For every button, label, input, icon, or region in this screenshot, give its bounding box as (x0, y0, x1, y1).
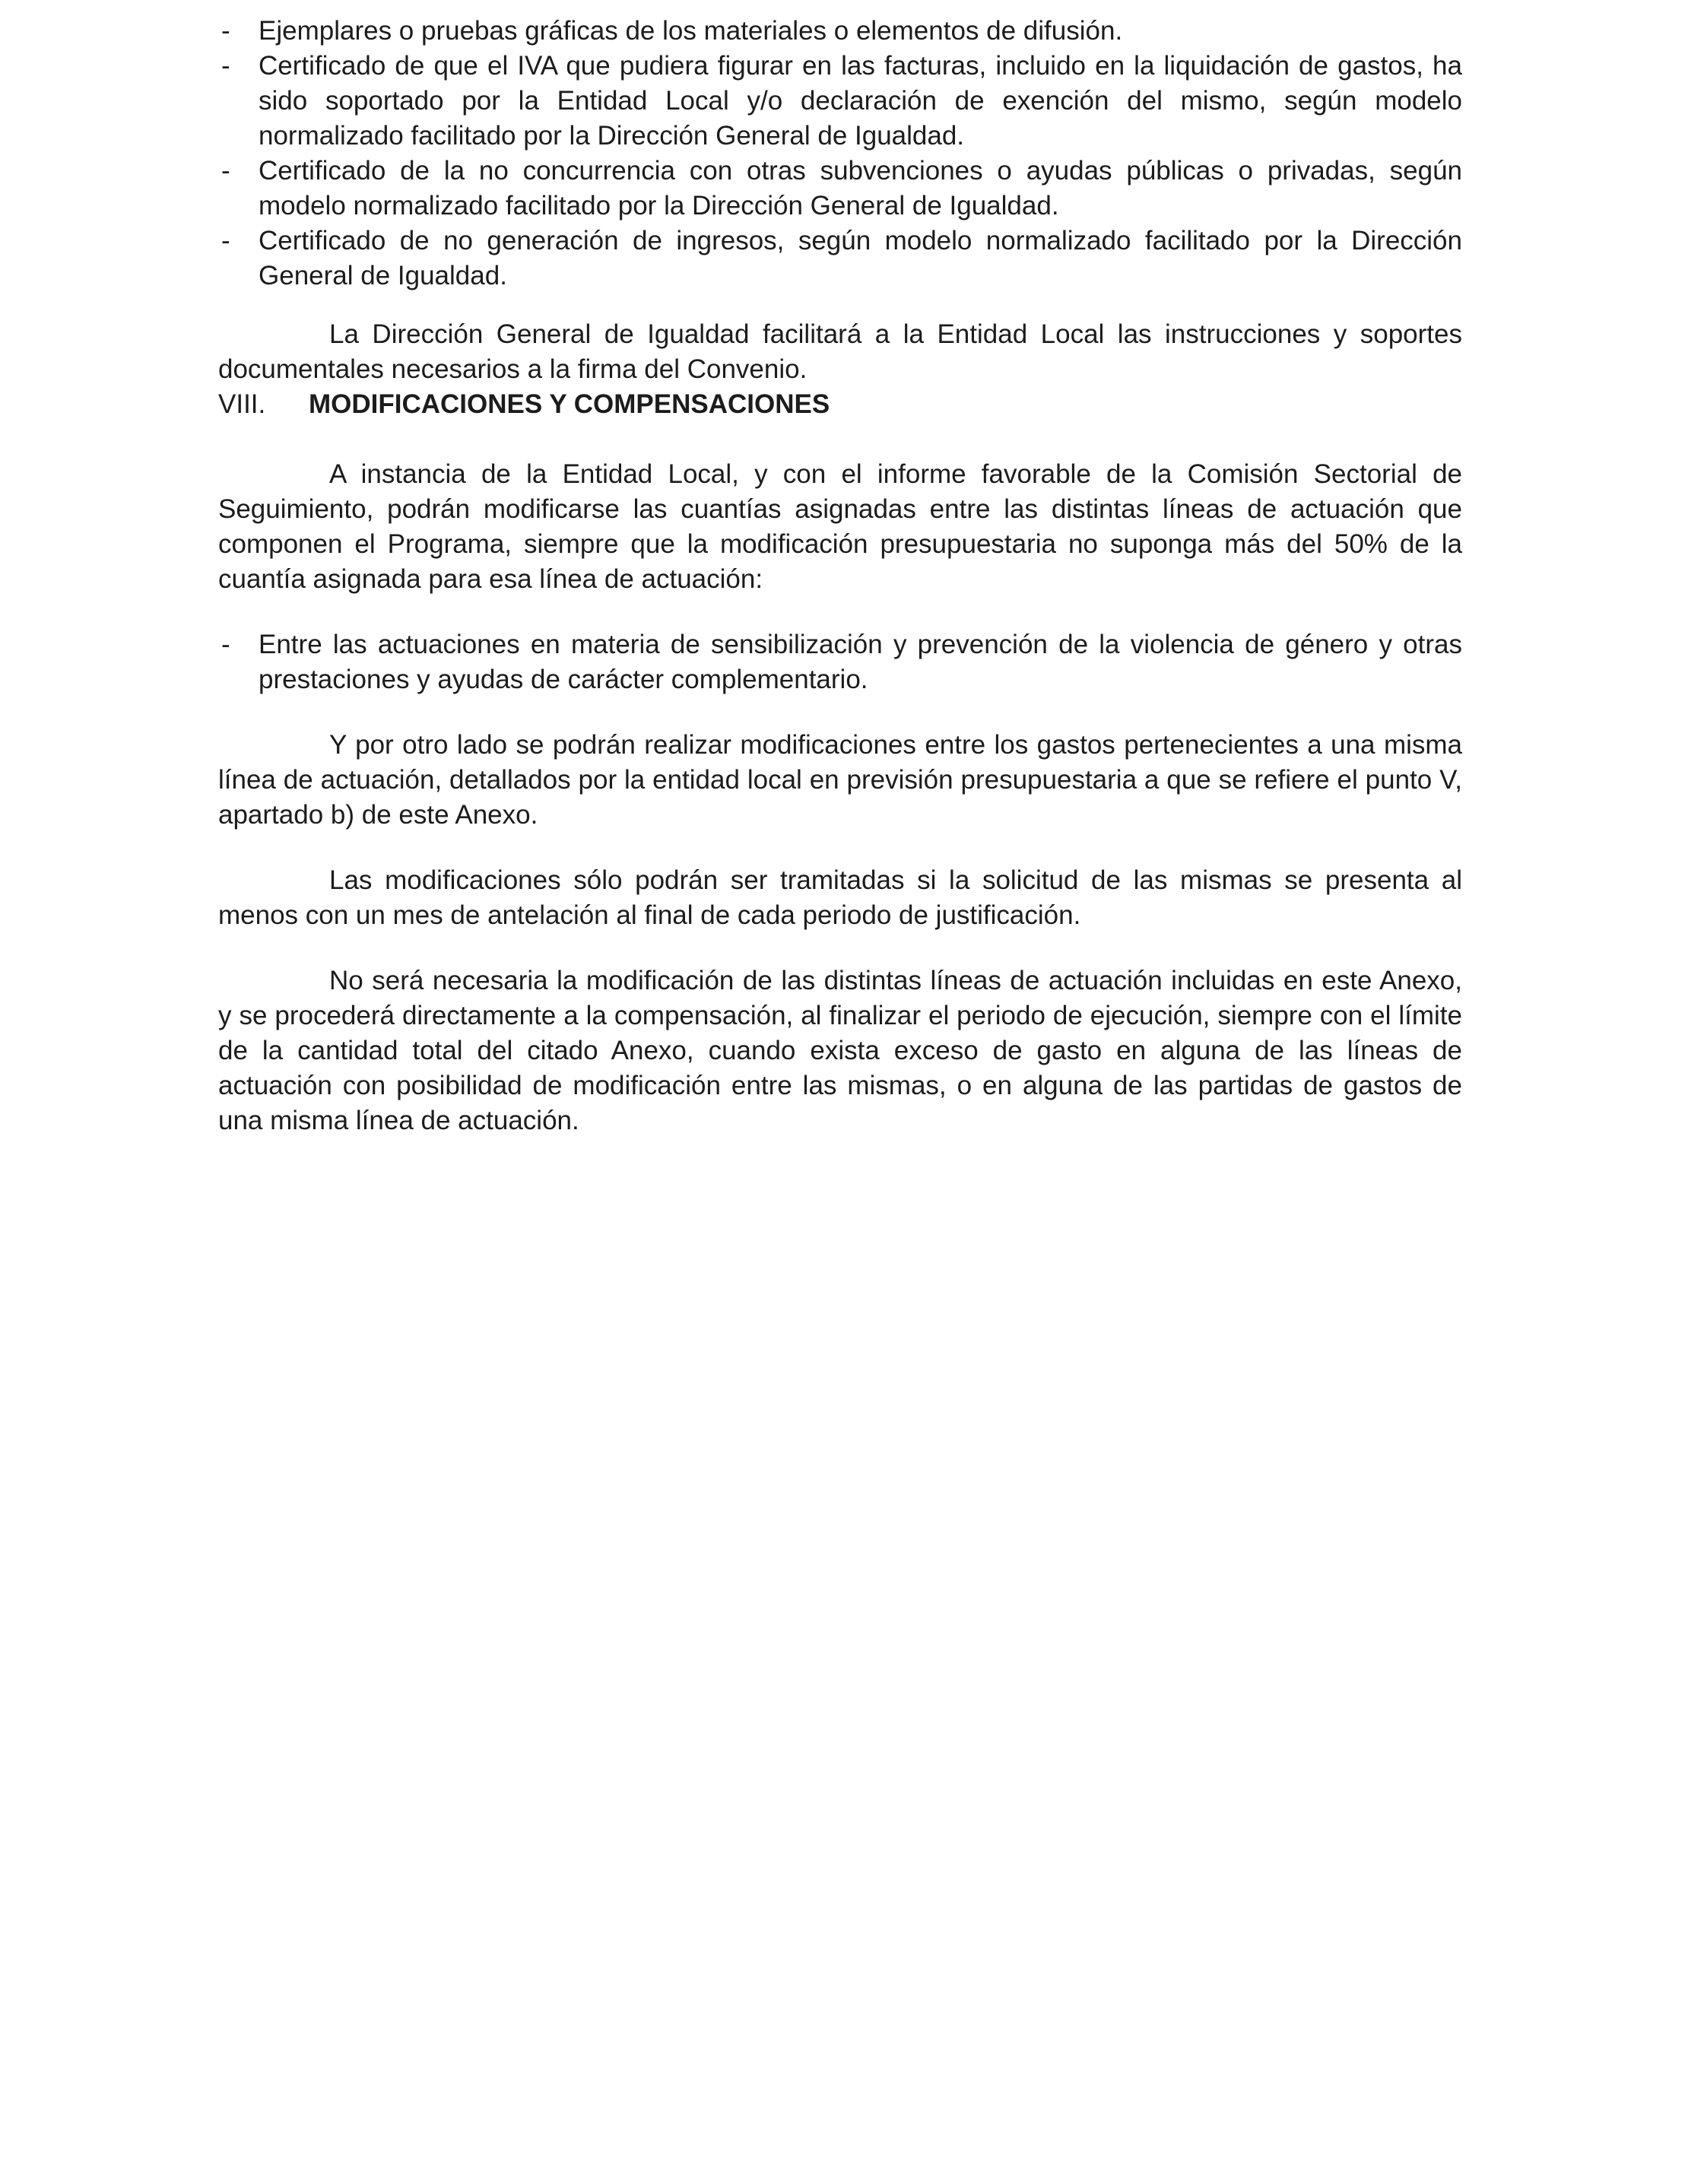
section-heading: VIII. MODIFICACIONES Y COMPENSACIONES (218, 387, 1462, 422)
paragraph-instructions: La Dirección General de Igualdad facilit… (218, 317, 1462, 387)
list-item-text: Ejemplares o pruebas gráficas de los mat… (259, 16, 1122, 46)
list-item: - Certificado de que el IVA que pudiera … (218, 49, 1462, 154)
paragraph-no-sera: No será necesaria la modificación de las… (218, 963, 1462, 1138)
section-title: MODIFICACIONES Y COMPENSACIONES (309, 387, 830, 422)
list-item: - Certificado de no generación de ingres… (218, 224, 1462, 294)
list-item: - Certificado de la no concurrencia con … (218, 154, 1462, 224)
list-item-text: Certificado de no generación de ingresos… (259, 226, 1462, 290)
paragraph-otro-lado: Y por otro lado se podrán realizar modif… (218, 728, 1462, 833)
list-item-text: Certificado de que el IVA que pudiera fi… (259, 51, 1462, 151)
bullet-marker: - (221, 14, 230, 49)
bullet-marker: - (221, 224, 230, 259)
bullet-marker: - (221, 154, 230, 189)
bullet-marker: - (221, 49, 230, 84)
required-documents-list: - Ejemplares o pruebas gráficas de los m… (218, 14, 1462, 294)
paragraph-instancia: A instancia de la Entidad Local, y con e… (218, 457, 1462, 597)
list-item: - Ejemplares o pruebas gráficas de los m… (218, 14, 1462, 49)
section-number: VIII. (218, 387, 309, 422)
modification-bullet: - Entre las actuaciones en materia de se… (218, 627, 1462, 697)
paragraph-tramitadas: Las modificaciones sólo podrán ser trami… (218, 863, 1462, 933)
list-item-text: Certificado de la no concurrencia con ot… (259, 156, 1462, 221)
bullet-marker: - (221, 627, 230, 662)
document-page: - Ejemplares o pruebas gráficas de los m… (0, 0, 1688, 2184)
list-item-text: Entre las actuaciones en materia de sens… (259, 630, 1462, 694)
